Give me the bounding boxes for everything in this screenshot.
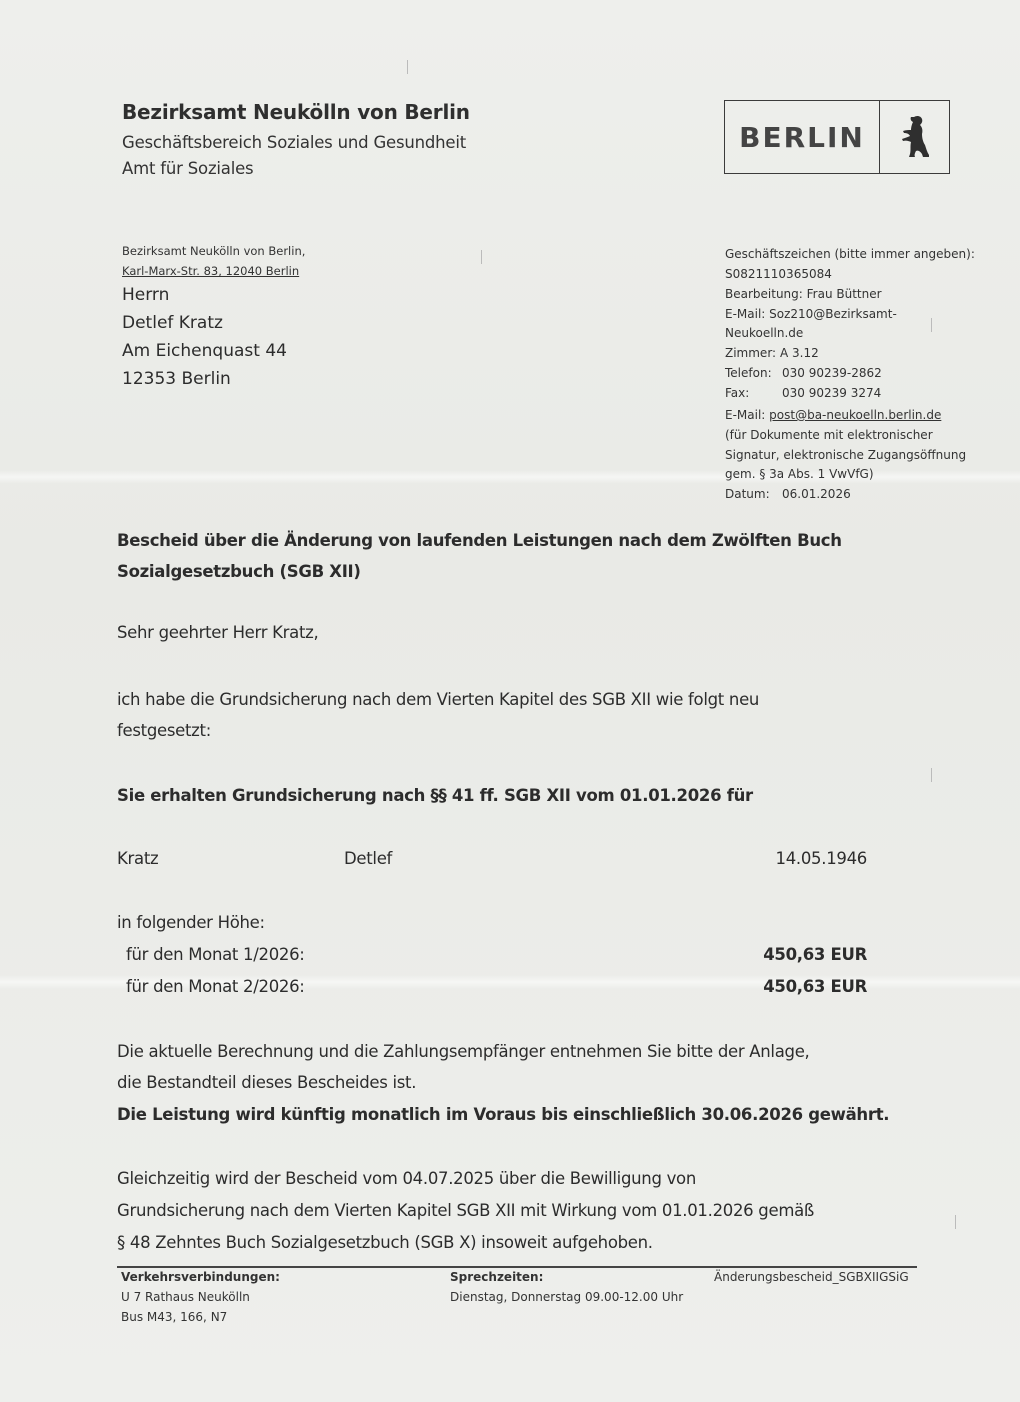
reference-number: S0821110365084: [725, 267, 832, 281]
esignature-note-line-2: Signatur, elektronische Zugangsöffnung: [725, 448, 966, 462]
beneficiary-surname: Kratz: [117, 849, 158, 868]
recipient-salutation: Herrn: [122, 285, 169, 305]
handler-email-line-1: E-Mail: Soz210@Bezirksamt-: [725, 307, 897, 321]
intro-line-2: festgesetzt:: [117, 721, 211, 740]
room-value: A 3.12: [780, 346, 819, 360]
case-handler: Bearbeitung: Frau Büttner: [725, 287, 882, 301]
amount-label-month-1: für den Monat 1/2026:: [126, 945, 305, 964]
fax: Fax:030 90239 3274: [725, 386, 881, 400]
office-hours-value: Dienstag, Donnerstag 09.00-12.00 Uhr: [450, 1290, 683, 1304]
phone: Telefon:030 90239-2862: [725, 366, 882, 380]
office-name: Amt für Soziales: [122, 159, 253, 178]
esignature-note-line-3: gem. § 3a Abs. 1 VwVfG): [725, 467, 874, 481]
room-label: Zimmer:: [725, 346, 780, 360]
revocation-line-2: Grundsicherung nach dem Vierten Kapitel …: [117, 1201, 814, 1220]
logo-text: BERLIN: [725, 101, 880, 173]
transport-line-2: Bus M43, 166, N7: [121, 1310, 227, 1324]
subject-line-1: Bescheid über die Änderung von laufenden…: [117, 531, 842, 550]
handler-email-line-2: Neukoelln.de: [725, 326, 803, 340]
phone-label: Telefon:: [725, 366, 782, 380]
fax-label: Fax:: [725, 386, 782, 400]
office-hours-label: Sprechzeiten:: [450, 1270, 543, 1284]
scan-artifact: [481, 250, 482, 264]
transport-label: Verkehrsverbindungen:: [121, 1270, 280, 1284]
scanned-letter-page: Bezirksamt Neukölln von Berlin Geschäfts…: [0, 0, 1020, 1402]
recipient-city: 12353 Berlin: [122, 369, 231, 389]
department-name: Geschäftsbereich Soziales und Gesundheit: [122, 133, 466, 152]
grant-period: Die Leistung wird künftig monatlich im V…: [117, 1105, 889, 1124]
scan-artifact: [931, 318, 932, 332]
beneficiary-birth-date: 14.05.1946: [700, 849, 867, 868]
letter-date: Datum:06.01.2026: [725, 487, 851, 501]
reference-label: Geschäftszeichen (bitte immer angeben):: [725, 247, 975, 261]
amount-value-month-2: 450,63 EUR: [700, 977, 867, 996]
amount-intro: in folgender Höhe:: [117, 913, 265, 932]
sender-line-1: Bezirksamt Neukölln von Berlin,: [122, 244, 305, 258]
recipient-street: Am Eichenquast 44: [122, 341, 287, 361]
scan-artifact: [955, 1215, 956, 1229]
form-identifier: Änderungsbescheid_SGBXIIGSiG: [714, 1270, 909, 1284]
sender-line-2: Karl-Marx-Str. 83, 12040 Berlin: [122, 264, 299, 278]
revocation-line-3: § 48 Zehntes Buch Sozialgesetzbuch (SGB …: [117, 1233, 653, 1252]
amount-label-month-2: für den Monat 2/2026:: [126, 977, 305, 996]
grant-heading: Sie erhalten Grundsicherung nach §§ 41 f…: [117, 786, 753, 805]
calculation-note-line-2: die Bestandteil dieses Bescheides ist.: [117, 1073, 416, 1092]
berlin-logo: BERLIN: [724, 100, 950, 174]
room: Zimmer:A 3.12: [725, 346, 819, 360]
scan-artifact: [931, 768, 932, 782]
beneficiary-first-name: Detlef: [344, 849, 392, 868]
date-value: 06.01.2026: [782, 487, 851, 501]
office-email-link[interactable]: post@ba-neukoelln.berlin.de: [769, 408, 941, 422]
transport-line-1: U 7 Rathaus Neukölln: [121, 1290, 250, 1304]
organization-name: Bezirksamt Neukölln von Berlin: [122, 100, 470, 124]
date-label: Datum:: [725, 487, 782, 501]
esignature-note-line-1: (für Dokumente mit elektronischer: [725, 428, 933, 442]
berlin-bear-icon: [880, 101, 949, 173]
phone-value: 030 90239-2862: [782, 366, 882, 380]
amount-value-month-1: 450,63 EUR: [700, 945, 867, 964]
footer-divider: [117, 1266, 917, 1268]
intro-line-1: ich habe die Grundsicherung nach dem Vie…: [117, 690, 759, 709]
office-email: E-Mail: post@ba-neukoelln.berlin.de: [725, 408, 941, 422]
recipient-name: Detlef Kratz: [122, 313, 223, 333]
office-email-label: E-Mail:: [725, 408, 765, 422]
scan-artifact: [407, 60, 408, 74]
greeting: Sehr geehrter Herr Kratz,: [117, 623, 318, 642]
subject-line-2: Sozialgesetzbuch (SGB XII): [117, 562, 361, 581]
calculation-note-line-1: Die aktuelle Berechnung und die Zahlungs…: [117, 1042, 810, 1061]
revocation-line-1: Gleichzeitig wird der Bescheid vom 04.07…: [117, 1169, 696, 1188]
fax-value: 030 90239 3274: [782, 386, 881, 400]
